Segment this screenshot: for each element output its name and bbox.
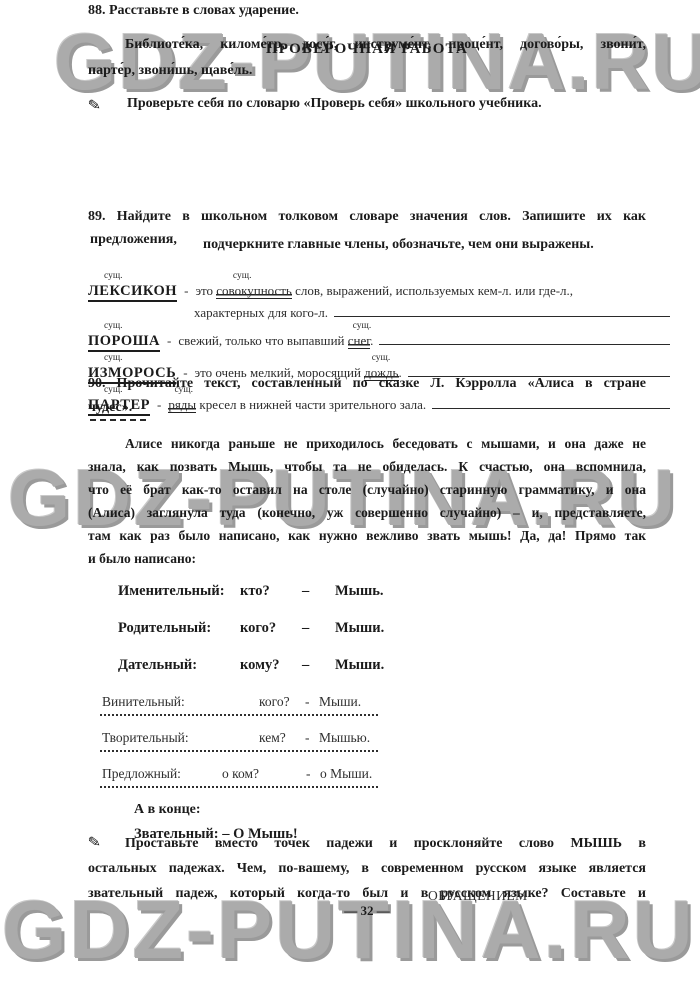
case-name: Предложный:: [102, 766, 222, 782]
definition-pre: свежий, только что выпавший: [178, 333, 347, 348]
blank-line: [379, 344, 670, 345]
case-row-instrumental-filled: Творительный: кем? - Мышью.: [102, 730, 646, 746]
definition-text: свежий, только что выпавший сущ.снег.: [178, 333, 373, 349]
dict-entry-word: сущ.ЛЕКСИКОН: [88, 283, 177, 302]
definition-text: это сущ.совокупность слов, выражений, ис…: [195, 283, 573, 299]
case-name: Винительный:: [102, 694, 259, 710]
noun-label: сущ.: [233, 272, 252, 282]
case-question: кем?: [259, 730, 305, 746]
dotted-blank-line: [100, 783, 378, 788]
pencil-icon: ✎: [87, 832, 102, 852]
case-answer: Мыши.: [319, 694, 361, 710]
dict-entry-porosha: сущ.ПОРОША - свежий, только что выпавший…: [88, 323, 670, 352]
case-answer: Мыши.: [335, 620, 384, 637]
marked-word-text: снег: [348, 333, 370, 348]
definition-dash: -: [160, 333, 178, 349]
marked-predicate-word: сущ.совокупность: [216, 283, 292, 299]
exercise-90: 90. Прочитайте текст, составленный по ск…: [88, 373, 646, 843]
self-check-note: Проверьте себя по словарю «Проверь себя»…: [127, 96, 542, 112]
final-task-line: Проставьте вместо точек падежи и проскло…: [88, 831, 646, 856]
case-dash: –: [302, 620, 335, 637]
case-dash: -: [305, 694, 319, 710]
workbook-page: GDZ-PUTINA.RU GDZ-PUTINA.RU GDZ-PUTINA.R…: [0, 0, 700, 981]
dotted-blank-line: [100, 747, 378, 752]
story-line: и было написано:: [88, 547, 646, 570]
final-task: ✎ Проставьте вместо точек падежи и проск…: [88, 831, 646, 906]
exercise-90-heading-line-2: чудес».: [88, 395, 646, 421]
conclusion-intro: А в конце:: [134, 802, 646, 818]
case-name: Именительный:: [118, 583, 240, 600]
noun-label: сущ.: [104, 272, 123, 282]
noun-label: сущ.: [353, 322, 372, 332]
case-name: Дательный:: [118, 657, 240, 674]
case-name: Родительный:: [118, 620, 240, 637]
case-row-prepositional-filled: Предложный: о ком? - о Мыши.: [102, 766, 646, 782]
accent-words-line-1: Библиоте́ка, киломе́тр, досу́г, инструме…: [88, 32, 646, 58]
self-check-note-row: ✎ Проверьте себя по словарю «Проверь себ…: [88, 96, 646, 115]
blank-line: [334, 316, 670, 317]
noun-label: сущ.: [104, 322, 123, 332]
final-task-line: остальных падежах. Чем, по-вашему, в сов…: [88, 856, 646, 881]
exercise-89-heading-line-1: 89. Найдите в школьном толковом словаре …: [88, 206, 646, 228]
dict-entry-leksikon-line-2: характерных для кого-л.: [194, 305, 670, 321]
case-question: кого?: [259, 694, 305, 710]
heading-fragment: предложения,: [90, 232, 177, 248]
story-line: Алисе никогда раньше не приходилось бесе…: [88, 432, 646, 455]
case-question: кому?: [240, 657, 302, 674]
case-answer: о Мыши.: [320, 766, 372, 782]
case-answer: Мыши.: [335, 657, 384, 674]
exercise-89-heading-line-2: предложения, подчеркните главные члены, …: [88, 232, 670, 258]
exercise-90-heading-line-1: 90. Прочитайте текст, составленный по ск…: [88, 373, 646, 395]
case-dash: -: [305, 730, 319, 746]
definition-post: .: [370, 333, 373, 348]
exercise-88: 88. Расставьте в словах ударение. Библио…: [88, 0, 646, 115]
case-question: кто?: [240, 583, 302, 600]
definition-dash: -: [177, 283, 195, 299]
case-answer: Мышь.: [335, 583, 384, 600]
dict-entry-leksikon: сущ.ЛЕКСИКОН - это сущ.совокупность слов…: [88, 273, 670, 302]
answer-obrashcheniem: ОБРАЩЕНИЕМ: [428, 888, 528, 904]
case-row-dative: Дательный: кому? – Мыши.: [118, 657, 646, 674]
case-question: кого?: [240, 620, 302, 637]
pencil-icon-box: ✎: [88, 96, 127, 115]
story-line: (Алиса) заглянула туда (конечно, уж сове…: [88, 501, 646, 524]
story-line: знала, как позвать Мышь, чтобы та не оби…: [88, 455, 646, 478]
noun-label: сущ.: [104, 354, 123, 364]
accent-words-line-2: парте́р, звони́шь, щаве́ль.: [88, 58, 646, 84]
pencil-icon-box: ✎: [88, 833, 101, 852]
page-number: — 32 —: [88, 903, 646, 919]
case-question: о ком?: [222, 766, 306, 782]
definition-continuation: характерных для кого-л.: [194, 305, 328, 321]
headword-text: ПОРОША: [88, 333, 160, 349]
definition-post: слов, выражений, используемых кем-л. или…: [292, 283, 573, 298]
case-answer: Мышью.: [319, 730, 370, 746]
case-dash: -: [306, 766, 320, 782]
story-line: там как раз было написано, как нужно веж…: [88, 524, 646, 547]
story-line: что её брат как-то оставил на столе (слу…: [88, 478, 646, 501]
case-row-genitive: Родительный: кого? – Мыши.: [118, 620, 646, 637]
case-dash: –: [302, 583, 335, 600]
case-dash: –: [302, 657, 335, 674]
exercise-88-heading: 88. Расставьте в словах ударение.: [88, 0, 646, 22]
definition-pre: это: [195, 283, 216, 298]
dotted-blank-line: [100, 711, 378, 716]
pencil-icon: ✎: [87, 95, 102, 115]
case-name: Творительный:: [102, 730, 259, 746]
headword-text: ЛЕКСИКОН: [88, 283, 177, 299]
case-row-accusative-filled: Винительный: кого? - Мыши.: [102, 694, 646, 710]
dict-entry-word: сущ.ПОРОША: [88, 333, 160, 352]
case-row-nominative: Именительный: кто? – Мышь.: [118, 583, 646, 600]
heading-fragment-bold: подчеркните главные члены, обозначьте, ч…: [203, 237, 594, 253]
marked-predicate-word: сущ.снег: [348, 333, 370, 349]
noun-label: сущ.: [372, 354, 391, 364]
case-table: Именительный: кто? – Мышь. Родительный: …: [88, 583, 646, 843]
marked-word-text: совокупность: [216, 283, 292, 298]
story-paragraph: Алисе никогда раньше не приходилось бесе…: [88, 432, 646, 570]
